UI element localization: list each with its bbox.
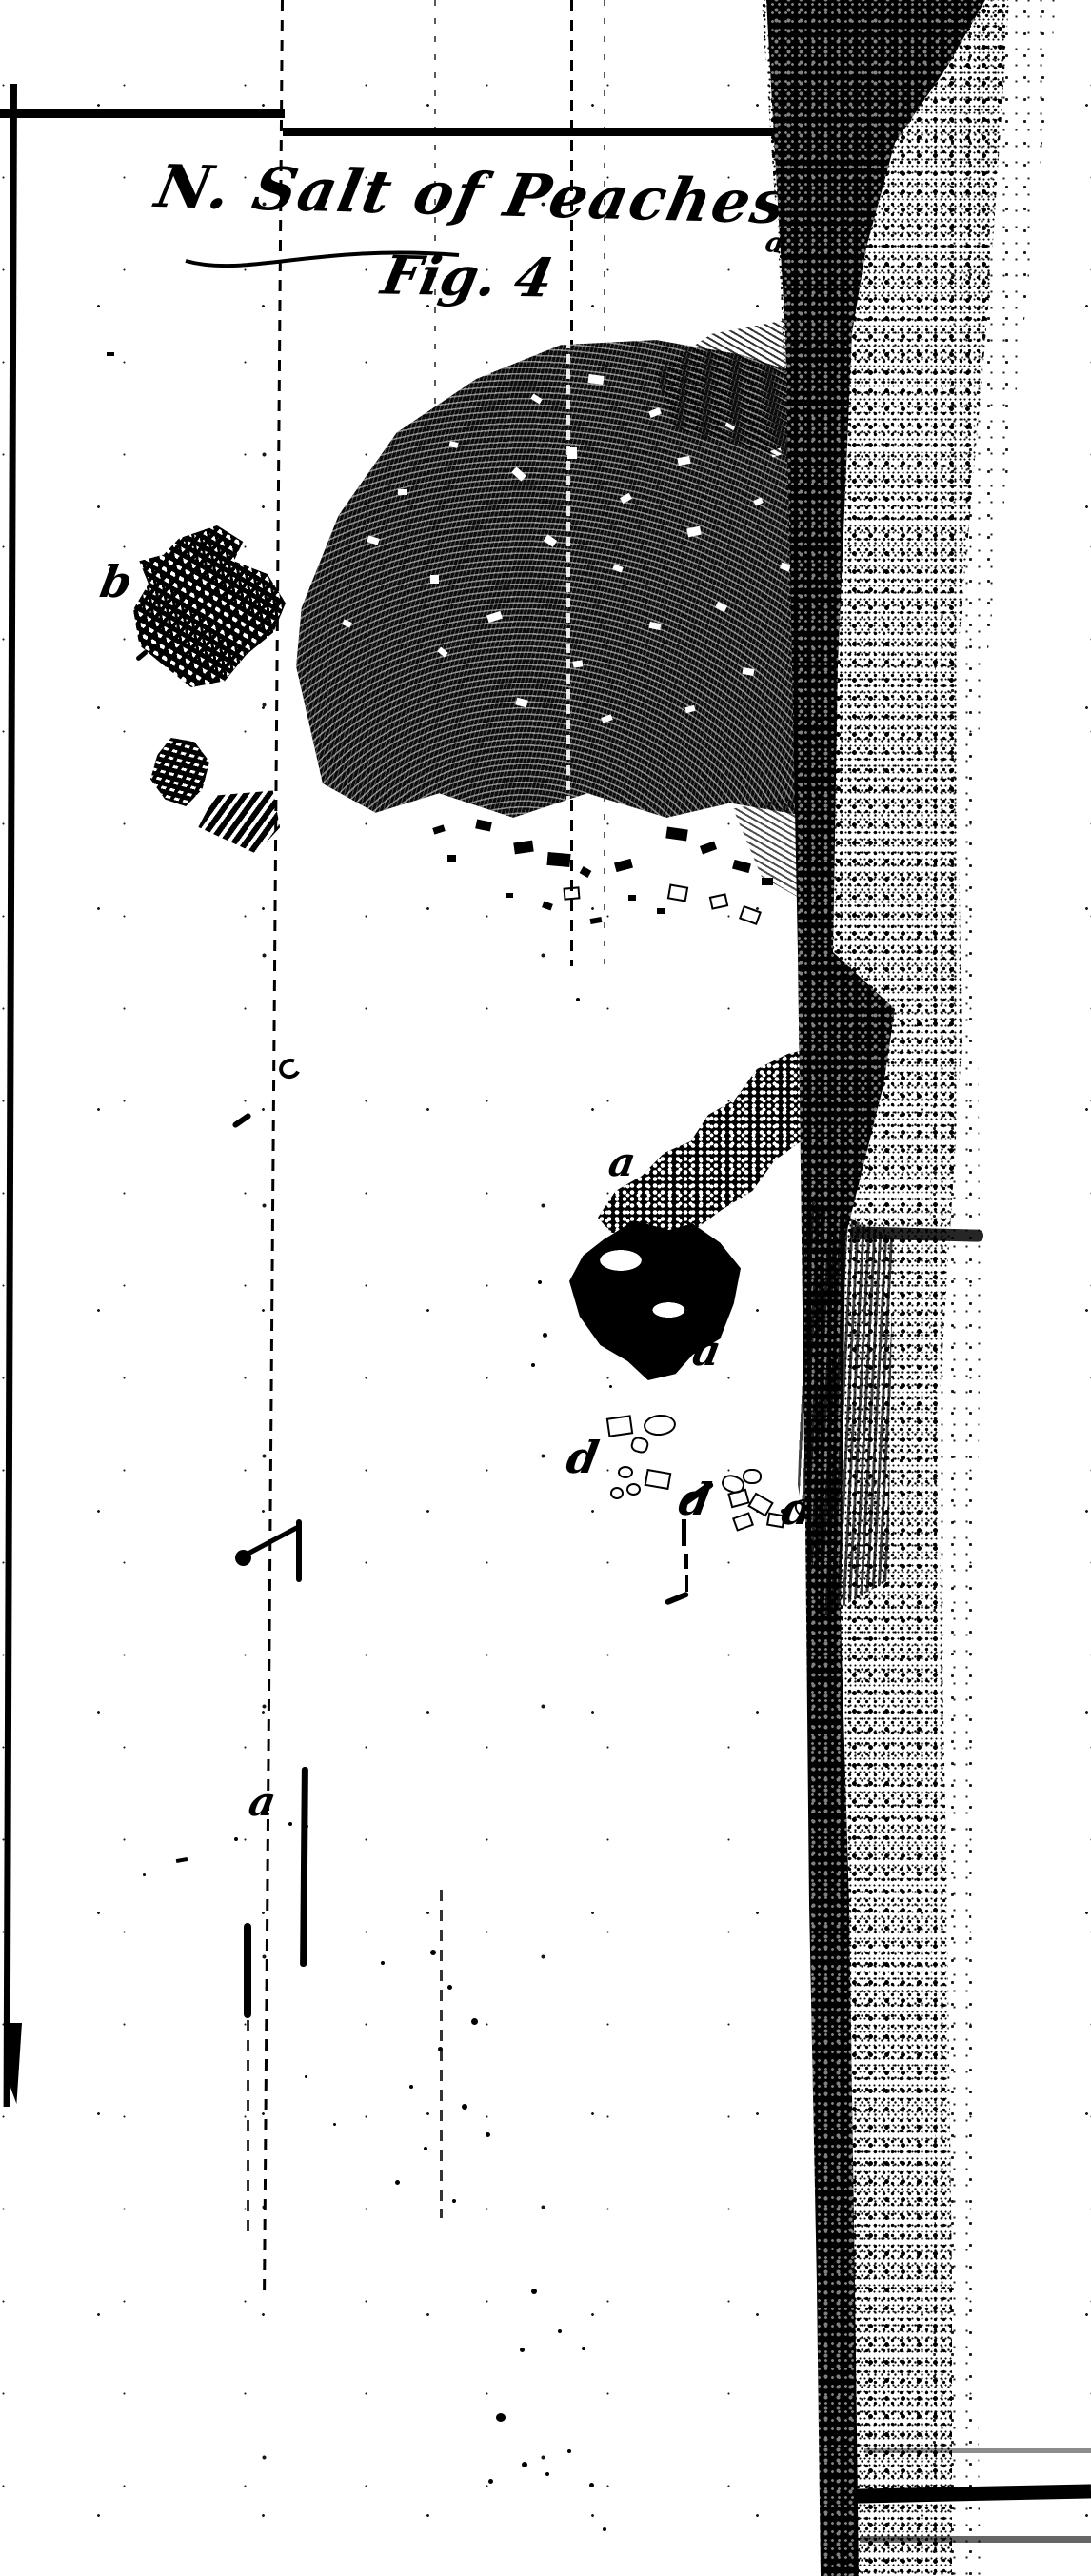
crystal-spill-outline bbox=[667, 883, 688, 902]
ink-dot bbox=[288, 1822, 292, 1826]
ink-dot bbox=[582, 2347, 585, 2350]
ink-dot bbox=[447, 1985, 452, 1990]
ink-dot bbox=[576, 998, 580, 1001]
ink-dot bbox=[430, 1950, 436, 1955]
ink-dot bbox=[558, 2329, 562, 2333]
ink-dot bbox=[488, 2479, 493, 2484]
ink-dot bbox=[486, 2132, 490, 2137]
ink-streak-small bbox=[684, 1554, 688, 1569]
crystal-outline-d bbox=[626, 1483, 641, 1496]
ink-dot bbox=[409, 2085, 413, 2089]
ink-dot bbox=[522, 2462, 527, 2467]
ink-dot bbox=[603, 2527, 606, 2531]
engraved-plate-scan: N. Salt of Peaches. Fig. 4 a bbox=[0, 0, 1091, 2576]
ink-dot bbox=[531, 2289, 537, 2294]
ink-dot bbox=[531, 1363, 535, 1367]
figure-caption: Fig. 4 bbox=[377, 245, 559, 310]
page-bottom-edge-faint bbox=[864, 2448, 1091, 2453]
ink-dot bbox=[395, 2180, 400, 2185]
crystal-spill-outline bbox=[563, 886, 580, 900]
crease-seam-over-dome bbox=[566, 339, 570, 820]
ink-fleck bbox=[107, 352, 114, 356]
ink-dot bbox=[143, 1873, 146, 1876]
ink-streak-small bbox=[685, 1575, 688, 1592]
ink-streak-dashes bbox=[247, 2020, 249, 2237]
crystal-spill-bit bbox=[506, 893, 513, 898]
ink-streak-small bbox=[682, 1519, 686, 1546]
ink-dot bbox=[234, 1837, 238, 1841]
ink-dot bbox=[333, 2123, 336, 2126]
fold-line-2-bottom bbox=[440, 1890, 443, 2218]
ink-dot bbox=[567, 2449, 571, 2453]
top-rule-right bbox=[283, 128, 779, 136]
crystal-outline-d bbox=[618, 1466, 633, 1478]
crystal-spill-bit bbox=[546, 852, 570, 867]
ink-dot bbox=[305, 2075, 307, 2078]
ink-dot bbox=[438, 2047, 443, 2051]
crystal-outline-d bbox=[610, 1487, 624, 1499]
ink-streak bbox=[244, 1923, 251, 2018]
crystal-spill-bit bbox=[447, 855, 456, 862]
ink-dot bbox=[381, 1961, 385, 1965]
crystal-spill-bit bbox=[628, 895, 636, 901]
page-bottom-edge-line-2 bbox=[860, 2536, 1091, 2543]
ink-dot bbox=[520, 2348, 525, 2352]
ink-dot bbox=[589, 2483, 594, 2487]
crystal-outline-d bbox=[606, 1415, 634, 1437]
crystal-spill-bit bbox=[657, 908, 665, 914]
ink-dot bbox=[424, 2147, 427, 2150]
ink-dot bbox=[543, 1333, 547, 1338]
ink-dot bbox=[452, 2199, 456, 2203]
ink-dot bbox=[471, 2018, 478, 2025]
ink-blot bbox=[496, 2413, 506, 2422]
ink-dot bbox=[306, 1825, 308, 1828]
top-rule-left bbox=[0, 109, 285, 118]
ink-dot bbox=[609, 1385, 612, 1388]
ink-dot bbox=[545, 2472, 549, 2476]
ink-dot bbox=[462, 2104, 467, 2110]
ink-dot bbox=[538, 1280, 542, 1284]
page-gutter-band bbox=[743, 0, 1091, 2576]
flourish-stem bbox=[296, 1519, 302, 1582]
